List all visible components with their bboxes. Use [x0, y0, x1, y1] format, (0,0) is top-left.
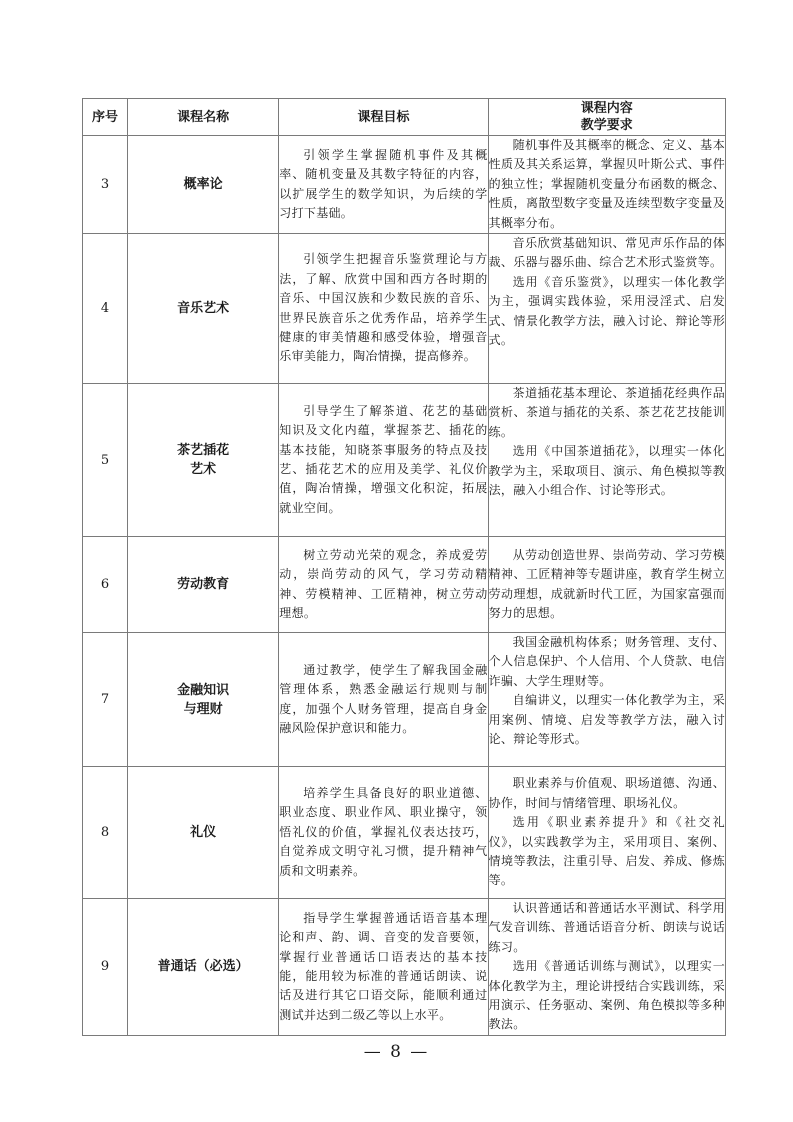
row-course-content: 茶道插花基本理论、茶道插花经典作品赏析、茶道与插花的关系、茶艺花艺技能训练。 选…: [488, 384, 725, 537]
row-serial-number: 3: [83, 136, 128, 234]
content-paragraph: 选用《音乐鉴赏》，以理实一体化教学为主，强调实践体验，采用浸淫式、启发式、情景化…: [489, 273, 725, 351]
row-serial-number: 6: [83, 537, 128, 633]
row-course-goal: 通过教学，使学生了解我国金融管理体系，熟悉金融运行规则与制度，加强个人财务管理，…: [279, 633, 488, 767]
course-table: 序号 课程名称 课程目标 课程内容 教学要求 3 概率论 引领学生掌握随机事件及…: [82, 98, 726, 1036]
row-course-name: 音乐艺术: [128, 234, 279, 384]
table-row: 5 茶艺插花 艺术 引导学生了解茶道、花艺的基础知识及文化内蕴，掌握茶艺、插花的…: [83, 384, 726, 537]
course-name-line: 茶艺插花: [128, 441, 278, 460]
course-name-line: 劳动教育: [128, 575, 278, 594]
table-row: 9 普通话（必选） 指导学生掌握普通话语音基本理论和声、韵、调、音变的发音要领，…: [83, 899, 726, 1036]
course-name-line: 艺术: [128, 460, 278, 479]
row-serial-number: 7: [83, 633, 128, 767]
goal-paragraph: 树立劳动光荣的观念，养成爱劳动，崇尚劳动的风气，学习劳动精神、劳模精神、工匠精神…: [279, 546, 487, 624]
header-content-line2: 教学要求: [489, 117, 725, 134]
goal-paragraph: 指导学生掌握普通话语音基本理论和声、韵、调、音变的发音要领，掌握行业普通话口语表…: [279, 909, 487, 1025]
row-course-content: 从劳动创造世界、崇尚劳动、学习劳模精神、工匠精神等专题讲座，教育学生树立劳动理想…: [488, 537, 725, 633]
row-course-name: 金融知识 与理财: [128, 633, 279, 767]
row-course-name: 茶艺插花 艺术: [128, 384, 279, 537]
course-name-line: 音乐艺术: [128, 299, 278, 318]
content-paragraph: 选用《中国茶道插花》，以理实一体化教学为主，采取项目、演示、角色模拟等教法，融入…: [489, 442, 725, 500]
row-course-name: 劳动教育: [128, 537, 279, 633]
row-course-name: 礼仪: [128, 767, 279, 899]
row-course-goal: 指导学生掌握普通话语音基本理论和声、韵、调、音变的发音要领，掌握行业普通话口语表…: [279, 899, 488, 1036]
header-content-line1: 课程内容: [489, 100, 725, 117]
header-course-name: 课程名称: [128, 99, 279, 136]
content-paragraph: 音乐欣赏基础知识、常见声乐作品的体裁、乐器与器乐曲、综合艺术形式鉴赏等。: [489, 234, 725, 273]
content-paragraph: 我国金融机构体系；财务管理、支付、个人信息保护、个人信用、个人贷款、电信诈骗、大…: [489, 633, 725, 691]
course-name-line: 普通话（必选）: [128, 957, 278, 976]
table-row: 4 音乐艺术 引领学生把握音乐鉴赏理论与方法，了解、欣赏中国和西方各时期的音乐、…: [83, 234, 726, 384]
goal-paragraph: 引导学生了解茶道、花艺的基础知识及文化内蕴，掌握茶艺、插花的基本技能，知晓茶事服…: [279, 402, 487, 518]
content-paragraph: 认识普通话和普通话水平测试、科学用气发音训练、普通话语音分析、朗读与说话练习。: [489, 899, 725, 957]
goal-paragraph: 引领学生掌握随机事件及其概率、随机变量及其数字特征的内容，以扩展学生的数学知识，…: [279, 146, 487, 224]
content-paragraph: 职业素养与价值观、职场道德、沟通、协作，时间与情绪管理、职场礼仪。: [489, 774, 725, 813]
content-paragraph: 茶道插花基本理论、茶道插花经典作品赏析、茶道与插花的关系、茶艺花艺技能训练。: [489, 384, 725, 442]
content-paragraph: 随机事件及其概率的概念、定义、基本性质及其关系运算，掌握贝叶斯公式、事件的独立性…: [489, 136, 725, 233]
content-paragraph: 自编讲义，以理实一体化教学为主，采用案例、情境、启发等教学方法，融入讨论、辩论等…: [489, 691, 725, 749]
course-name-line: 礼仪: [128, 823, 278, 842]
row-course-goal: 树立劳动光荣的观念，养成爱劳动，崇尚劳动的风气，学习劳动精神、劳模精神、工匠精神…: [279, 537, 488, 633]
header-serial-number: 序号: [83, 99, 128, 136]
content-paragraph: 选用《普通话训练与测试》，以理实一体化教学为主，理论讲授结合实践训练，采用演示、…: [489, 957, 725, 1035]
course-name-line: 金融知识: [128, 681, 278, 700]
row-course-name: 概率论: [128, 136, 279, 234]
header-course-content: 课程内容 教学要求: [488, 99, 725, 136]
row-course-goal: 引导学生了解茶道、花艺的基础知识及文化内蕴，掌握茶艺、插花的基本技能，知晓茶事服…: [279, 384, 488, 537]
row-course-content: 职业素养与价值观、职场道德、沟通、协作，时间与情绪管理、职场礼仪。 选用《职业素…: [488, 767, 725, 899]
row-serial-number: 5: [83, 384, 128, 537]
page-number: — 8 —: [0, 1042, 793, 1062]
content-paragraph: 从劳动创造世界、崇尚劳动、学习劳模精神、工匠精神等专题讲座，教育学生树立劳动理想…: [489, 546, 725, 624]
row-course-content: 认识普通话和普通话水平测试、科学用气发音训练、普通话语音分析、朗读与说话练习。 …: [488, 899, 725, 1036]
row-course-goal: 培养学生具备良好的职业道德、职业态度、职业作风、职业操守，领悟礼仪的价值，掌握礼…: [279, 767, 488, 899]
row-serial-number: 4: [83, 234, 128, 384]
goal-paragraph: 培养学生具备良好的职业道德、职业态度、职业作风、职业操守，领悟礼仪的价值，掌握礼…: [279, 784, 487, 881]
table-row: 7 金融知识 与理财 通过教学，使学生了解我国金融管理体系，熟悉金融运行规则与制…: [83, 633, 726, 767]
table-header-row: 序号 课程名称 课程目标 课程内容 教学要求: [83, 99, 726, 136]
row-course-content: 音乐欣赏基础知识、常见声乐作品的体裁、乐器与器乐曲、综合艺术形式鉴赏等。 选用《…: [488, 234, 725, 384]
row-course-content: 随机事件及其概率的概念、定义、基本性质及其关系运算，掌握贝叶斯公式、事件的独立性…: [488, 136, 725, 234]
row-serial-number: 9: [83, 899, 128, 1036]
row-serial-number: 8: [83, 767, 128, 899]
row-course-goal: 引领学生掌握随机事件及其概率、随机变量及其数字特征的内容，以扩展学生的数学知识，…: [279, 136, 488, 234]
row-course-content: 我国金融机构体系；财务管理、支付、个人信息保护、个人信用、个人贷款、电信诈骗、大…: [488, 633, 725, 767]
goal-paragraph: 通过教学，使学生了解我国金融管理体系，熟悉金融运行规则与制度，加强个人财务管理，…: [279, 661, 487, 739]
course-name-line: 与理财: [128, 700, 278, 719]
row-course-goal: 引领学生把握音乐鉴赏理论与方法，了解、欣赏中国和西方各时期的音乐、中国汉族和少数…: [279, 234, 488, 384]
table-row: 6 劳动教育 树立劳动光荣的观念，养成爱劳动，崇尚劳动的风气，学习劳动精神、劳模…: [83, 537, 726, 633]
content-paragraph: 选用《职业素养提升》和《社交礼仪》，以实践教学为主，采用项目、案例、情境等教法，…: [489, 813, 725, 891]
row-course-name: 普通话（必选）: [128, 899, 279, 1036]
table-row: 8 礼仪 培养学生具备良好的职业道德、职业态度、职业作风、职业操守，领悟礼仪的价…: [83, 767, 726, 899]
goal-paragraph: 引领学生把握音乐鉴赏理论与方法，了解、欣赏中国和西方各时期的音乐、中国汉族和少数…: [279, 250, 487, 366]
header-course-goal: 课程目标: [279, 99, 488, 136]
course-name-line: 概率论: [128, 175, 278, 194]
table-row: 3 概率论 引领学生掌握随机事件及其概率、随机变量及其数字特征的内容，以扩展学生…: [83, 136, 726, 234]
